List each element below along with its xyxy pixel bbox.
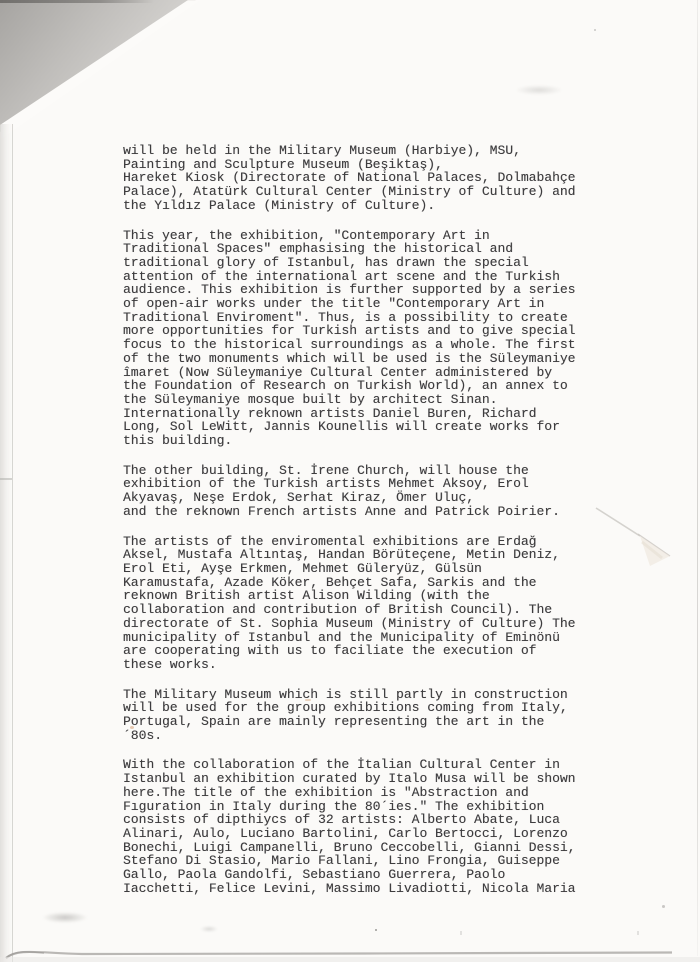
- smudge-mark: [42, 912, 88, 923]
- scan-background-strip: [0, 957, 700, 962]
- paragraph-environmental: The artists of the enviromental exhibiti…: [123, 535, 675, 672]
- paragraph-venues: will be held in the Military Museum (Har…: [123, 144, 675, 213]
- paragraph-st-irene: The other building, St. İrene Church, wi…: [123, 464, 675, 519]
- smudge-mark: [515, 85, 563, 95]
- smudge-mark: [200, 926, 218, 932]
- page-corner-fold-shadow: [0, 0, 220, 160]
- paragraph-exhibition: This year, the exhibition, "Contemporary…: [123, 229, 675, 448]
- scanned-page: will be held in the Military Museum (Har…: [0, 0, 700, 962]
- dust-speck: [594, 29, 596, 31]
- document-text: will be held in the Military Museum (Har…: [123, 144, 675, 911]
- paragraph-military-museum: The Military Museum which is still partl…: [123, 688, 675, 743]
- left-edge-crease: [0, 478, 12, 480]
- right-edge-line: [697, 0, 699, 956]
- dust-speck: [637, 931, 639, 935]
- left-edge-shadow: [0, 124, 13, 962]
- dust-speck: [460, 931, 462, 935]
- page-top-edge-line: [0, 0, 154, 3]
- dust-speck: [375, 929, 377, 931]
- paragraph-italian-center: With the collaboration of the İtalian Cu…: [123, 758, 675, 895]
